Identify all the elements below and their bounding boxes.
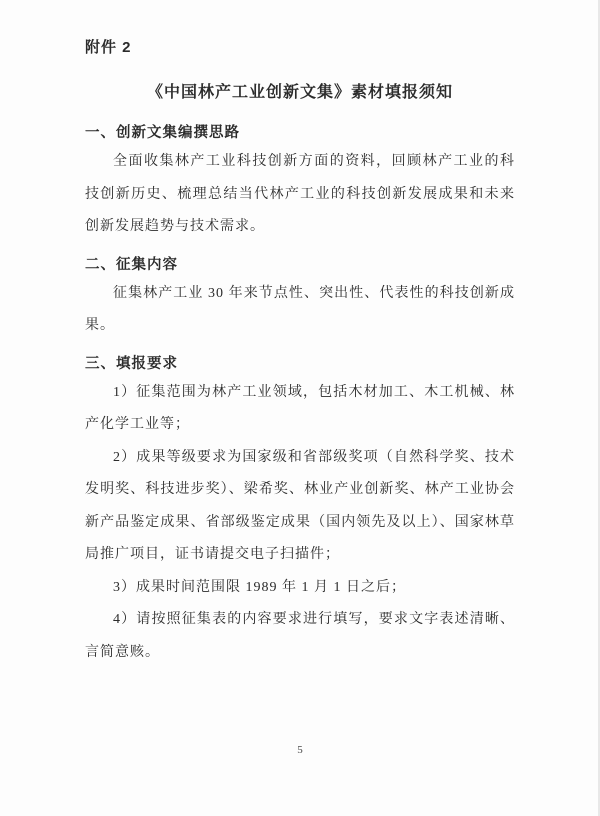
document-title: 《中国林产工业创新文集》素材填报须知 <box>85 82 515 104</box>
section-1-paragraph: 全面收集林产工业科技创新方面的资料，回顾林产工业的科技创新历史、梳理总结当代林产… <box>85 146 515 244</box>
attachment-label: 附件 2 <box>85 38 515 58</box>
section-filing-requirements: 三、填报要求 1）征集范围为林产工业领域，包括木材加工、木工机械、林产化学工业等… <box>85 351 515 670</box>
section-2-heading: 二、征集内容 <box>85 252 515 278</box>
requirement-item-3: 3）成果时间范围限 1989 年 1 月 1 日之后； <box>85 572 515 605</box>
section-compilation-approach: 一、创新文集编撰思路 全面收集林产工业科技创新方面的资料，回顾林产工业的科技创新… <box>85 120 515 244</box>
document-page: 附件 2 《中国林产工业创新文集》素材填报须知 一、创新文集编撰思路 全面收集林… <box>0 0 600 816</box>
section-2-paragraph: 征集林产工业 30 年来节点性、突出性、代表性的科技创新成果。 <box>85 278 515 343</box>
requirement-item-1: 1）征集范围为林产工业领域，包括木材加工、木工机械、林产化学工业等； <box>85 377 515 442</box>
requirement-item-2: 2）成果等级要求为国家级和省部级奖项（自然科学奖、技术发明奖、科技进步奖）、梁希… <box>85 442 515 572</box>
page-number: 5 <box>0 744 600 756</box>
section-collection-content: 二、征集内容 征集林产工业 30 年来节点性、突出性、代表性的科技创新成果。 <box>85 252 515 343</box>
section-1-heading: 一、创新文集编撰思路 <box>85 120 515 146</box>
section-3-heading: 三、填报要求 <box>85 351 515 377</box>
requirement-item-4: 4）请按照征集表的内容要求进行填写，要求文字表述清晰、言简意赅。 <box>85 604 515 669</box>
